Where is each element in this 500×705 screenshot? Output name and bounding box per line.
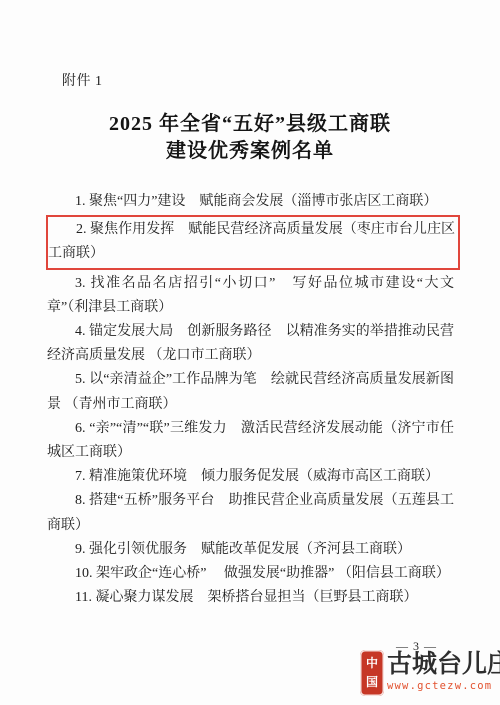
document-title: 2025 年全省“五好”县级工商联 建设优秀案例名单 xyxy=(0,111,500,165)
document-title-line1: 2025 年全省“五好”县级工商联 xyxy=(109,113,391,135)
watermark-site-url: www.gctezw.com xyxy=(387,680,500,693)
list-item: 8. 搭建“五桥”服务平台 助推民营企业高质量发展（五莲县工商联） xyxy=(47,489,454,537)
list-item: 6. “亲”“清”“联”三维发力 激活民营经济发展动能（济宁市任城区工商联） xyxy=(47,417,454,465)
case-list: 1. 聚焦“四力”建设 赋能商会发展（淄博市张店区工商联） 2. 聚焦作用发挥 … xyxy=(47,190,454,610)
attachment-label: 附件 1 xyxy=(62,70,103,90)
list-item: 5. 以“亲清益企”工作品牌为笔 绘就民营经济高质量发展新图景 （青州市工商联） xyxy=(47,368,454,416)
seal-char-bottom: 国 xyxy=(366,676,378,689)
list-item-highlighted: 2. 聚焦作用发挥 赋能民营经济高质量发展（枣庄市台儿庄区工商联） xyxy=(48,218,455,266)
watermark-site-name: 古城台儿庄 xyxy=(387,650,500,680)
list-item: 11. 凝心聚力谋发展 架桥搭台显担当（巨野县工商联） xyxy=(47,586,454,610)
list-item: 3. 找准名品名店招引“小切口” 写好品位城市建设“大文章”（利津县工商联） xyxy=(47,272,454,320)
list-item: 1. 聚焦“四力”建设 赋能商会发展（淄博市张店区工商联） xyxy=(47,190,454,214)
document-title-line2: 建设优秀案例名单 xyxy=(166,140,334,162)
site-watermark: 中 国 古城台儿庄 www.gctezw.com xyxy=(360,650,500,696)
list-item: 9. 强化引领优服务 赋能改革促发展（齐河县工商联） xyxy=(47,538,454,562)
highlight-box: 2. 聚焦作用发挥 赋能民营经济高质量发展（枣庄市台儿庄区工商联） xyxy=(46,215,460,269)
list-item: 10. 架牢政企“连心桥” 做强发展“助推器” （阳信县工商联） xyxy=(47,562,454,586)
list-item: 7. 精准施策优环境 倾力服务促发展（威海市高区工商联） xyxy=(47,465,454,489)
list-item: 4. 锚定发展大局 创新服务路径 以精准务实的举措推动民营经济高质量发展 （龙口… xyxy=(47,320,454,368)
seal-char-top: 中 xyxy=(366,657,378,670)
document-page: 附件 1 2025 年全省“五好”县级工商联 建设优秀案例名单 1. 聚焦“四力… xyxy=(0,0,500,705)
china-seal-icon: 中 国 xyxy=(360,650,384,696)
watermark-text: 古城台儿庄 www.gctezw.com xyxy=(387,650,500,696)
